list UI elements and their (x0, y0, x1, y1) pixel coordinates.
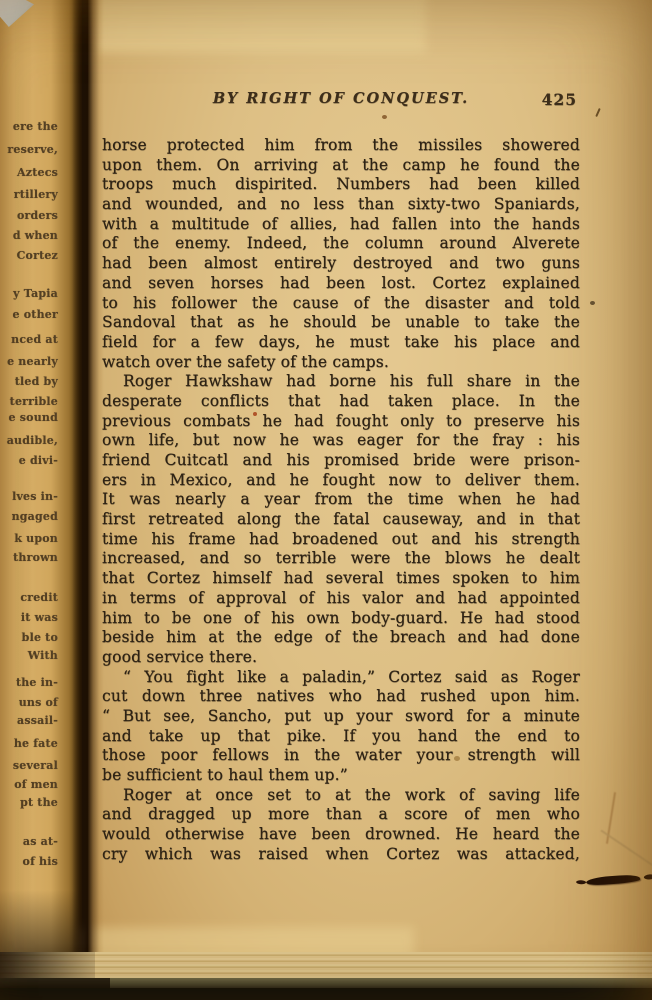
text-line: time his frame had broadened out and his… (102, 530, 580, 550)
left-page-text-fragment: ngaged (12, 510, 58, 523)
left-page-text-fragment: e divi- (19, 454, 58, 467)
text-line: and dragged up more than a score of men … (102, 805, 580, 825)
text-line: good service there. (102, 648, 580, 668)
text-line: first retreated along the fatal causeway… (102, 510, 580, 530)
text-line: It was nearly a year from the time when … (102, 490, 580, 510)
text-line: upon them. On arriving at the camp he fo… (102, 156, 580, 176)
ink-smudge (586, 874, 640, 886)
paragraph: Roger at once set to at the work of savi… (102, 786, 580, 865)
text-line: ers in Mexico, and he fought now to deli… (102, 471, 580, 491)
text-line: watch over the safety of the camps. (102, 353, 580, 373)
scanned-book-page: ere thereserve,Aztecsrtilleryordersd whe… (0, 0, 652, 1000)
text-line: troops much dispirited. Numbers had been… (102, 175, 580, 195)
left-page-text-fragment: k upon (14, 532, 58, 545)
left-page-text-fragment: Aztecs (17, 166, 58, 179)
text-line: Roger Hawkshaw had borne his full share … (102, 372, 580, 392)
left-page-text-fragment: it was (21, 611, 58, 624)
left-page-text-fragment: rtillery (14, 188, 58, 201)
left-page-text-fragment: terrible (10, 395, 58, 408)
text-line: of the enemy. Indeed, the column around … (102, 234, 580, 254)
text-line: increased, and so terrible were the blow… (102, 549, 580, 569)
left-page-text-fragment: With (28, 649, 58, 662)
text-line: cut down three natives who had rushed up… (102, 687, 580, 707)
text-line: and wounded, and no less than sixty-two … (102, 195, 580, 215)
text-line: horse protected him from the missiles sh… (102, 136, 580, 156)
left-page-text-fragment: y Tapia (13, 287, 58, 300)
stacked-page-edges (0, 952, 652, 980)
left-page-text-fragment: uns of (19, 696, 58, 709)
body-text: horse protected him from the missiles sh… (102, 136, 580, 864)
text-line: “ But see, Sancho, put up your sword for… (102, 707, 580, 727)
left-page-text-fragment: credit (20, 591, 58, 604)
left-page-text-fragment: as at- (23, 835, 58, 848)
book-page: BY RIGHT OF CONQUEST. 425 horse protecte… (88, 0, 652, 1000)
left-page-text-fragment: the in- (16, 676, 58, 689)
paper-speck (590, 301, 595, 305)
text-line: and seven horses had been lost. Cortez e… (102, 274, 580, 294)
left-page-text-fragment: of his (23, 855, 58, 868)
text-line: previous combats he had fought only to p… (102, 412, 580, 432)
text-line: field for a few days, he must take his p… (102, 333, 580, 353)
facing-page-edge: ere thereserve,Aztecsrtilleryordersd whe… (0, 0, 82, 1000)
text-line: to his follower the cause of the disaste… (102, 294, 580, 314)
left-page-text-fragment: assail- (17, 714, 58, 727)
left-page-text-fragment: Cortez (17, 249, 58, 262)
text-line: him to be one of his own body-guard. He … (102, 609, 580, 629)
running-title: BY RIGHT OF CONQUEST. (102, 90, 580, 107)
text-line: desperate conflicts that had taken place… (102, 392, 580, 412)
text-line: that Cortez himself had several times sp… (102, 569, 580, 589)
left-page-text-fragment: pt the (20, 796, 58, 809)
text-line: and take up that pike. If you hand the e… (102, 727, 580, 747)
book-gutter-shadow (72, 0, 104, 1000)
left-page-text-fragment: tled by (15, 375, 58, 388)
page-number: 425 (542, 90, 577, 109)
facing-page-text-fragments: ere thereserve,Aztecsrtilleryordersd whe… (0, 0, 60, 1000)
text-line: cry which was raised when Cortez was att… (102, 845, 580, 865)
page-header: BY RIGHT OF CONQUEST. 425 (102, 90, 580, 112)
text-line: own life, but now he was eager for the f… (102, 431, 580, 451)
left-page-text-fragment: lves in- (12, 490, 58, 503)
left-page-text-fragment: audible, (7, 434, 58, 447)
left-page-text-fragment: ble to (22, 631, 58, 644)
text-line: friend Cuitcatl and his promised bride w… (102, 451, 580, 471)
text-line: had been almost entirely destroyed and t… (102, 254, 580, 274)
left-page-text-fragment: e other (13, 308, 58, 321)
text-line: those poor fellows in the water your str… (102, 746, 580, 766)
left-page-text-fragment: e nearly (7, 355, 58, 368)
paper-speck (382, 115, 387, 119)
paragraph: “ You fight like a paladin,” Cortez said… (102, 668, 580, 786)
text-line: Roger at once set to at the work of savi… (102, 786, 580, 806)
stray-pen-mark (595, 108, 600, 117)
left-page-text-fragment: thrown (13, 551, 58, 564)
left-page-text-fragment: reserve, (7, 143, 58, 156)
left-page-text-fragment: ere the (13, 120, 58, 133)
left-page-text-fragment: several (13, 759, 58, 772)
paragraph: horse protected him from the missiles sh… (102, 136, 580, 372)
left-page-text-fragment: nced at (11, 333, 58, 346)
paragraph: Roger Hawkshaw had borne his full share … (102, 372, 580, 667)
left-page-text-fragment: he fate (14, 737, 58, 750)
left-page-text-fragment: orders (17, 209, 58, 222)
text-line: be sufficient to haul them up.” (102, 766, 580, 786)
text-line: in terms of approval of his valor and ha… (102, 589, 580, 609)
left-page-text-fragment: e sound (9, 411, 58, 424)
left-page-text-fragment: d when (13, 229, 58, 242)
text-line: with a multitude of allies, had fallen i… (102, 215, 580, 235)
text-line: beside him at the edge of the breach and… (102, 628, 580, 648)
book-base-shadow (0, 988, 652, 1000)
scan-smear-top (96, 0, 426, 52)
paper-speck (454, 756, 460, 761)
text-line: “ You fight like a paladin,” Cortez said… (102, 668, 580, 688)
text-line: would otherwise have been drowned. He he… (102, 825, 580, 845)
left-page-text-fragment: of men (14, 778, 58, 791)
paper-speck (253, 412, 257, 416)
text-line: Sandoval that as he should be unable to … (102, 313, 580, 333)
